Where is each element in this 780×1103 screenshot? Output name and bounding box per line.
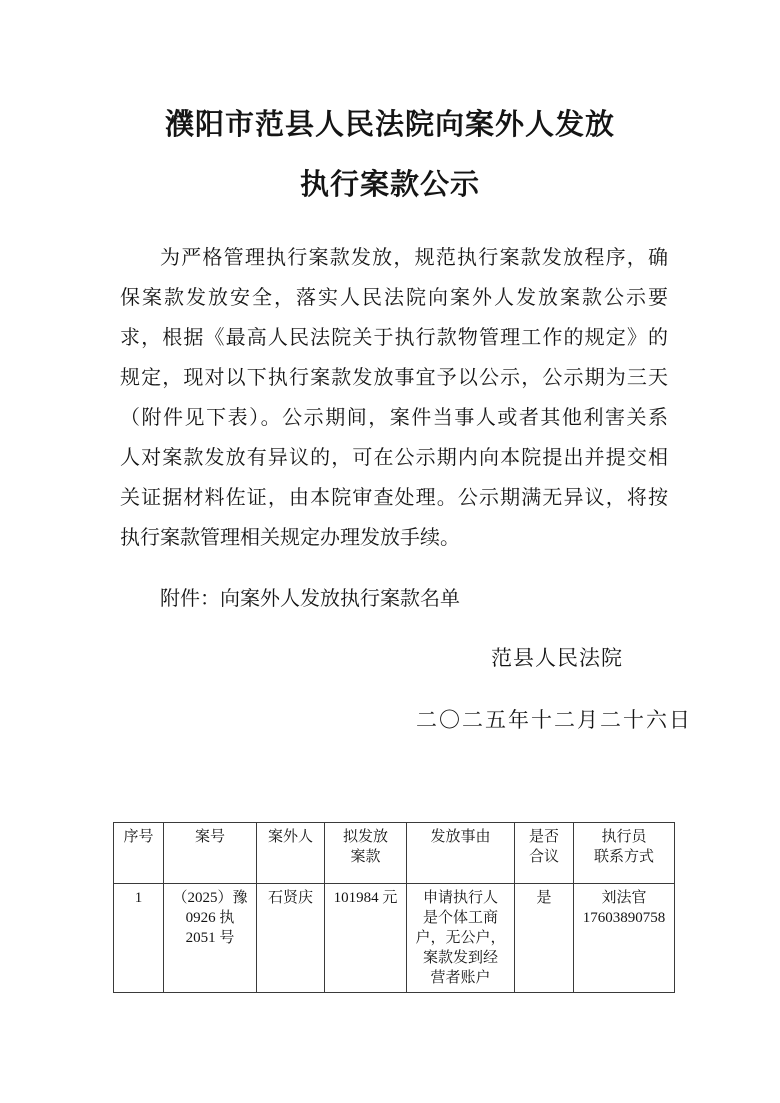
header-seq: 序号 (114, 823, 164, 884)
issue-date: 二〇二五年十二月二十六日 (0, 707, 692, 733)
fund-release-table: 序号 案号 案外人 拟发放 案款 发放事由 是否 合议 执行员 联系方式 1 （… (113, 822, 675, 993)
body-line: 保案款发放安全，落实人民法院向案外人发放案款公示要 (120, 278, 668, 318)
cell-seq: 1 (114, 884, 164, 993)
body-line: 关证据材料佐证，由本院审查处理。公示期满无异议，将按 (120, 478, 668, 518)
header-amount: 拟发放 案款 (325, 823, 407, 884)
header-panel: 是否 合议 (515, 823, 574, 884)
header-case-no: 案号 (164, 823, 257, 884)
cell-case-no: （2025）豫 0926 执 2051 号 (164, 884, 257, 993)
document-title: 濮阳市范县人民法院向案外人发放 执行案款公示 (0, 95, 780, 215)
table-header-row: 序号 案号 案外人 拟发放 案款 发放事由 是否 合议 执行员 联系方式 (114, 823, 675, 884)
cell-amount: 101984 元 (325, 884, 407, 993)
body-line: （附件见下表）。公示期间，案件当事人或者其他利害关系 (120, 398, 668, 438)
document-title-line2: 执行案款公示 (0, 155, 780, 215)
body-line: 执行案款管理相关规定办理发放手续。 (120, 518, 668, 558)
header-contact: 执行员 联系方式 (574, 823, 675, 884)
body-line: 为严格管理执行案款发放，规范执行案款发放程序，确 (120, 238, 668, 278)
body-line: 人对案款发放有异议的，可在公示期内向本院提出并提交相 (120, 438, 668, 478)
cell-contact: 刘法官 17603890758 (574, 884, 675, 993)
cell-panel: 是 (515, 884, 574, 993)
body-line: 求，根据《最高人民法院关于执行款物管理工作的规定》的 (120, 318, 668, 358)
court-signature: 范县人民法院 (0, 645, 623, 671)
cell-reason: 申请执行人 是个体工商 户，无公户， 案款发到经 营者账户 (407, 884, 515, 993)
header-outsider: 案外人 (257, 823, 325, 884)
document-page: 濮阳市范县人民法院向案外人发放 执行案款公示 为严格管理执行案款发放，规范执行案… (0, 0, 780, 1103)
cell-outsider: 石贤庆 (257, 884, 325, 993)
attachment-note: 附件：向案外人发放执行案款名单 (120, 586, 668, 612)
announcement-body: 为严格管理执行案款发放，规范执行案款发放程序，确 保案款发放安全，落实人民法院向… (120, 238, 668, 558)
document-title-line1: 濮阳市范县人民法院向案外人发放 (0, 95, 780, 155)
header-reason: 发放事由 (407, 823, 515, 884)
body-line: 规定，现对以下执行案款发放事宜予以公示，公示期为三天 (120, 358, 668, 398)
table-row: 1 （2025）豫 0926 执 2051 号 石贤庆 101984 元 申请执… (114, 884, 675, 993)
